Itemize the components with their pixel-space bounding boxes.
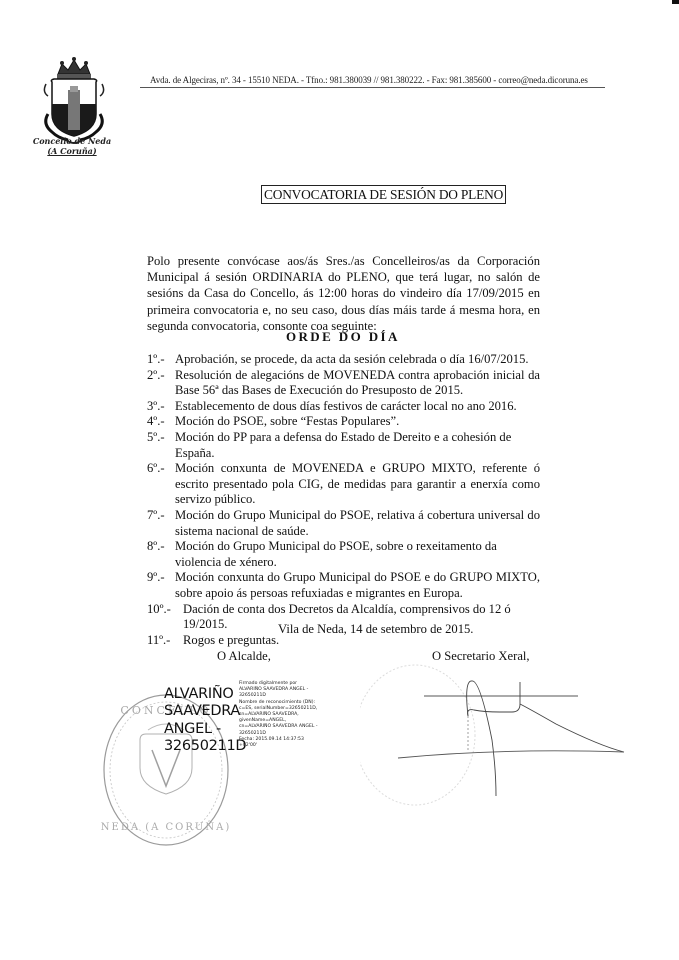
signature-name-line: ANGEL - [164, 721, 246, 738]
agenda-item-number: 8º.- [147, 539, 175, 570]
header-address: Avda. de Algeciras, nº. 34 - 15510 NEDA.… [150, 75, 588, 85]
logo-caption-province: (A Coruña) [22, 146, 122, 156]
agenda-item: 7º.- Moción do Grupo Municipal do PSOE, … [147, 508, 540, 539]
agenda-item-number: 4º.- [147, 414, 175, 430]
agenda-item: 8º.- Moción do Grupo Municipal do PSOE, … [147, 539, 540, 570]
agenda-item-number: 1º.- [147, 352, 175, 368]
digital-signature-details: Firmado digitalmente por ALVARIÑO SAAVED… [239, 681, 319, 749]
mayor-label: O Alcalde, [217, 649, 271, 664]
agenda-item-number: 3º.- [147, 399, 175, 415]
logo-caption-name: Concello de Neda [22, 136, 122, 146]
agenda-item: 3º.- Establecemento de dous días festivo… [147, 399, 540, 415]
agenda-item-text: Moción do Grupo Municipal do PSOE, relat… [175, 508, 540, 539]
header-divider [140, 87, 605, 88]
agenda-item-number: 11º.- [147, 633, 183, 649]
agenda-item-text: Establecemento de dous días festivos de … [175, 399, 540, 415]
agenda-item-number: 9º.- [147, 570, 175, 601]
agenda-item: 4º.- Moción do PSOE, sobre “Festas Popul… [147, 414, 540, 430]
agenda-item-text: Resolución de alegacións de MOVENEDA con… [175, 368, 540, 399]
agenda-item: 9º.- Moción conxunta do Grupo Municipal … [147, 570, 540, 601]
agenda-list: 1º.- Aprobación, se procede, da acta da … [147, 352, 540, 648]
digital-signature-name: ALVARIÑO SAAVEDRA ANGEL - 32650211D [164, 686, 246, 756]
signature-name-line: SAAVEDRA [164, 703, 246, 720]
agenda-item: 5º.- Moción do PP para a defensa do Esta… [147, 430, 540, 461]
signature-name-line: ALVARIÑO [164, 686, 246, 703]
handwritten-signature-icon [360, 650, 670, 830]
intro-paragraph: Polo presente convócase aos/ás Sres./as … [147, 253, 540, 334]
agenda-heading: ORDE DO DÍA [286, 329, 400, 345]
scan-mark [672, 0, 679, 4]
agenda-item-number: 7º.- [147, 508, 175, 539]
logo-caption: Concello de Neda (A Coruña) [22, 136, 122, 156]
agenda-item-number: 2º.- [147, 368, 175, 399]
signature-name-line: 32650211D [164, 738, 246, 755]
seal-text-bottom: NEDA (A CORUÑA) [101, 821, 231, 833]
agenda-item-text: Moción do PSOE, sobre “Festas Populares”… [175, 414, 540, 430]
agenda-item-text: Moción do Grupo Municipal do PSOE, sobre… [175, 539, 540, 570]
document-title: CONVOCATORIA DE SESIÓN DO PLENO [261, 185, 506, 204]
agenda-item-number: 10º.- [147, 602, 183, 633]
agenda-item-text: Moción conxunta do Grupo Municipal do PS… [175, 570, 540, 601]
agenda-item-text: Moción conxunta de MOVENEDA e GRUPO MIXT… [175, 461, 540, 508]
agenda-item: 2º.- Resolución de alegacións de MOVENED… [147, 368, 540, 399]
agenda-item-number: 6º.- [147, 461, 175, 508]
agenda-item: 1º.- Aprobación, se procede, da acta da … [147, 352, 540, 368]
agenda-item-number: 5º.- [147, 430, 175, 461]
agenda-item-text: Moción do PP para a defensa do Estado de… [175, 430, 540, 461]
agenda-item: 6º.- Moción conxunta de MOVENEDA e GRUPO… [147, 461, 540, 508]
agenda-item-text: Aprobación, se procede, da acta da sesió… [175, 352, 540, 368]
date-line: Vila de Neda, 14 de setembro de 2015. [278, 622, 473, 637]
